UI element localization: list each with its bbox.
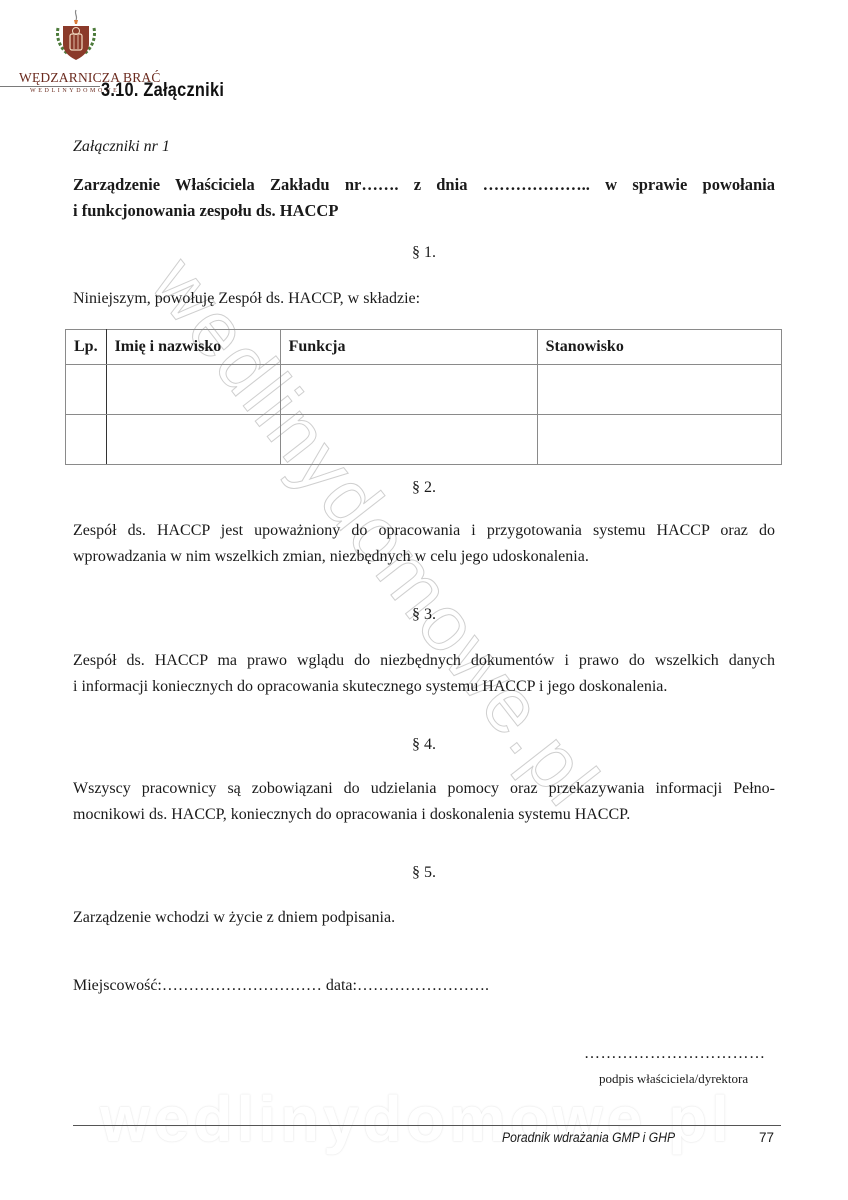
place-date-line[interactable]: Miejscowość:………………………… data:……………………. <box>73 977 489 995</box>
table-cell[interactable] <box>280 415 537 465</box>
header-rule <box>0 86 100 87</box>
paragraph-mark-1: § 1. <box>0 244 848 262</box>
footer-publication-title: Poradnik wdrażania GMP i GHP <box>502 1130 675 1145</box>
paragraph-2-line2: wprowadzania w nim wszelkich zmian, niez… <box>73 548 589 565</box>
paragraph-3-text: Zespół ds. HACCP ma prawo wglądu do niez… <box>73 648 775 700</box>
table-row <box>66 415 782 465</box>
table-row <box>66 365 782 415</box>
team-members-table: Lp. Imię i nazwisko Funkcja Stanowisko <box>65 329 782 465</box>
paragraph-4-text: Wszyscy pracownicy są zobowiązani do udz… <box>73 776 775 828</box>
table-cell[interactable] <box>280 365 537 415</box>
column-header-name: Imię i nazwisko <box>106 330 280 365</box>
document-title-line1: Zarządzenie Właściciela Zakładu nr……. z … <box>73 172 775 198</box>
paragraph-4-line1: Wszyscy pracownicy są zobowiązani do udz… <box>73 776 775 802</box>
table-cell[interactable] <box>66 365 107 415</box>
document-title-line2: i funkcjonowania zespołu ds. HACCP <box>73 201 338 220</box>
paragraph-5-text: Zarządzenie wchodzi w życie z dniem podp… <box>73 905 775 931</box>
paragraph-1-text: Niniejszym, powołuję Zespół ds. HACCP, w… <box>73 286 775 312</box>
table-cell[interactable] <box>537 415 781 465</box>
table-cell[interactable] <box>66 415 107 465</box>
paragraph-mark-4: § 4. <box>0 736 848 754</box>
table-cell[interactable] <box>537 365 781 415</box>
page-number: 77 <box>759 1130 774 1145</box>
table-cell[interactable] <box>106 415 280 465</box>
paragraph-2-line1: Zespół ds. HACCP jest upoważniony do opr… <box>73 518 775 544</box>
column-header-function: Funkcja <box>280 330 537 365</box>
smokehouse-crest-icon <box>52 8 100 64</box>
signature-line[interactable]: …………………………… <box>584 1045 766 1063</box>
section-title: 3.10. Załączniki <box>101 80 224 102</box>
column-header-lp: Lp. <box>66 330 107 365</box>
paragraph-2-text: Zespół ds. HACCP jest upoważniony do opr… <box>73 518 775 570</box>
paragraph-mark-2: § 2. <box>0 479 848 497</box>
column-header-position: Stanowisko <box>537 330 781 365</box>
paragraph-mark-5: § 5. <box>0 864 848 882</box>
signature-label: podpis właściciela/dyrektora <box>599 1071 748 1087</box>
document-title: Zarządzenie Właściciela Zakładu nr……. z … <box>73 172 775 224</box>
footer-rule <box>73 1125 781 1126</box>
attachment-label: Załączniki nr 1 <box>73 138 170 156</box>
paragraph-3-line2: i informacji koniecznych do opracowania … <box>73 678 667 695</box>
table-cell[interactable] <box>106 365 280 415</box>
table-header-row: Lp. Imię i nazwisko Funkcja Stanowisko <box>66 330 782 365</box>
paragraph-3-line1: Zespół ds. HACCP ma prawo wglądu do niez… <box>73 648 775 674</box>
paragraph-4-line2: mocnikowi ds. HACCP, koniecznych do opra… <box>73 806 630 823</box>
paragraph-mark-3: § 3. <box>0 606 848 624</box>
